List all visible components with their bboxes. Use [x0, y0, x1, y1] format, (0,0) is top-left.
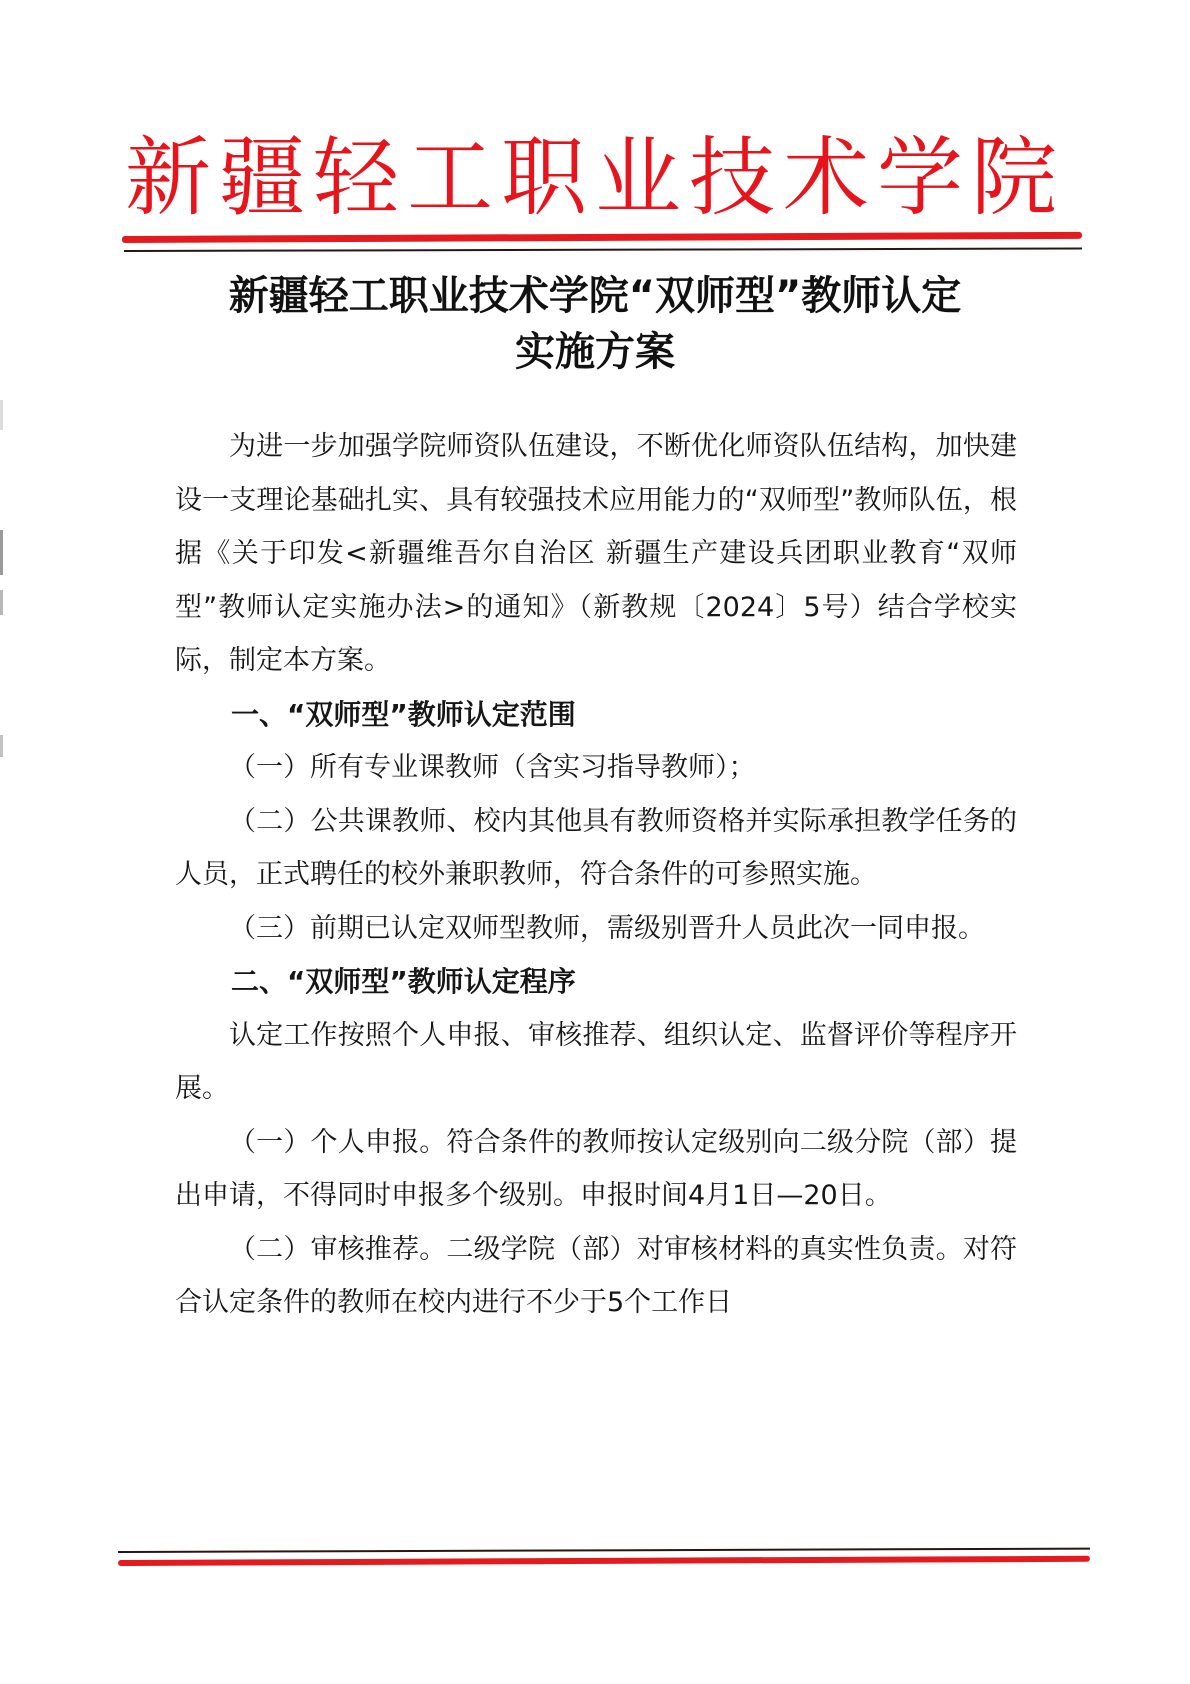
masthead-org-name: 新疆轻工职业技术学院: [120, 128, 1070, 228]
section-heading-procedure: 二、“双师型”教师认定程序: [175, 955, 1017, 1009]
procedure-item-2: （二）审核推荐。二级学院（部）对审核材料的真实性负责。对符合认定条件的教师在校内…: [175, 1223, 1017, 1330]
procedure-item-1: （一）个人申报。符合条件的教师按认定级别向二级分院（部）提出申请，不得同时申报多…: [175, 1116, 1017, 1223]
document-title: 新疆轻工职业技术学院“双师型”教师认定 实施方案: [150, 268, 1040, 380]
intro-paragraph: 为进一步加强学院师资队伍建设，不断优化师资队伍结构，加快建设一支理论基础扎实、具…: [175, 420, 1017, 688]
section-heading-scope: 一、“双师型”教师认定范围: [175, 688, 1017, 742]
document-title-line-1: 新疆轻工职业技术学院“双师型”教师认定: [150, 268, 1040, 324]
footer-black-rule: [118, 1548, 1090, 1553]
procedure-intro: 认定工作按照个人申报、审核推荐、组织认定、监督评价等程序开展。: [175, 1009, 1017, 1116]
binding-marks: [0, 380, 6, 780]
footer-red-rule: [118, 1556, 1090, 1566]
masthead-black-rule: [124, 247, 1082, 252]
document-title-line-2: 实施方案: [150, 324, 1040, 380]
document-body: 为进一步加强学院师资队伍建设，不断优化师资队伍结构，加快建设一支理论基础扎实、具…: [175, 420, 1017, 1330]
document-page: 新疆轻工职业技术学院 新疆轻工职业技术学院“双师型”教师认定 实施方案 为进一步…: [0, 0, 1190, 1684]
scope-item-1: （一）所有专业课教师（含实习指导教师）；: [175, 741, 1017, 795]
scope-item-2: （二）公共课教师、校内其他具有教师资格并实际承担教学任务的人员，正式聘任的校外兼…: [175, 795, 1017, 902]
scope-item-3: （三）前期已认定双师型教师，需级别晋升人员此次一同申报。: [175, 902, 1017, 956]
masthead-red-rule: [122, 232, 1082, 243]
